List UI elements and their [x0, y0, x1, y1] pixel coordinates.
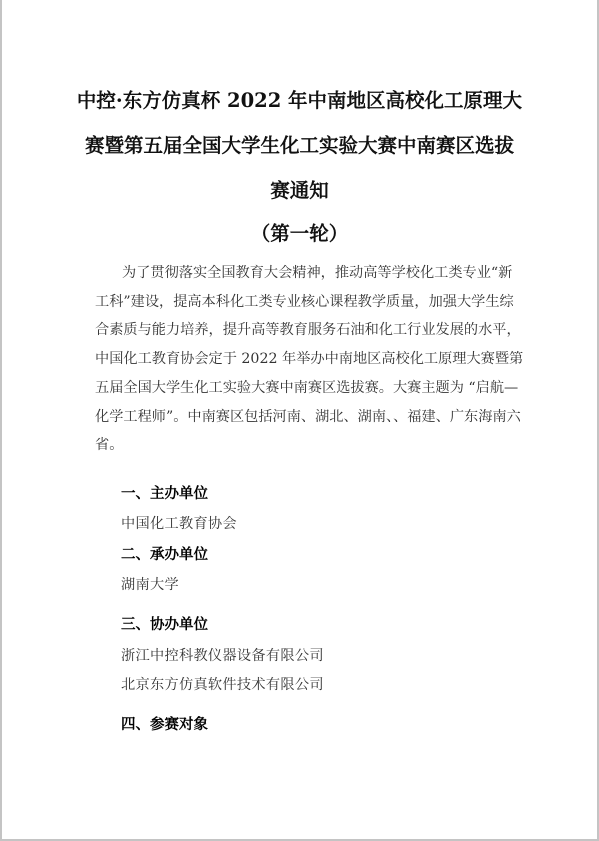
section-heading-participants: 四、参赛对象 [121, 713, 208, 734]
intro-line: 五届全国大学生化工实验大赛中南赛区选拔赛。大赛主题为 “启航— [95, 374, 509, 403]
section-heading-host: 二、承办单位 [121, 543, 208, 564]
intro-line: 中国化工教育协会定于 2022 年举办中南地区高校化工原理大赛暨第 [95, 345, 509, 374]
section-heading-co-organizer: 三、协办单位 [121, 613, 208, 634]
round-subtitle: （第一轮） [2, 218, 597, 246]
intro-line: 为了贯彻落实全国教育大会精神，推动高等学校化工类专业“新 [95, 259, 509, 288]
intro-line: 省。 [95, 431, 509, 460]
section-heading-organizer: 一、主办单位 [121, 482, 208, 503]
co-organizer-name: 浙江中控科教仪器设备有限公司 [121, 645, 324, 665]
document-page: 中控·东方仿真杯 2022 年中南地区高校化工原理大 赛暨第五届全国大学生化工实… [0, 0, 599, 841]
intro-line: 合素质与能力培养，提升高等教育服务石油和化工行业发展的水平， [95, 316, 509, 345]
co-organizer-name: 北京东方仿真软件技术有限公司 [121, 674, 324, 694]
organizer-name: 中国化工教育协会 [121, 513, 237, 533]
intro-line: 工科”建设，提高本科化工类专业核心课程教学质量，加强大学生综 [95, 288, 509, 317]
host-name: 湖南大学 [121, 574, 179, 594]
intro-paragraph: 为了贯彻落实全国教育大会精神，推动高等学校化工类专业“新 工科”建设，提高本科化… [95, 259, 509, 460]
title-line-1: 中控·东方仿真杯 2022 年中南地区高校化工原理大 [2, 85, 597, 113]
title-line-2: 赛暨第五届全国大学生化工实验大赛中南赛区选拔 [2, 130, 597, 158]
title-line-3: 赛通知 [2, 175, 597, 203]
intro-line: 化学工程师”。中南赛区包括河南、湖北、湖南、、福建、广东海南六 [95, 403, 509, 432]
